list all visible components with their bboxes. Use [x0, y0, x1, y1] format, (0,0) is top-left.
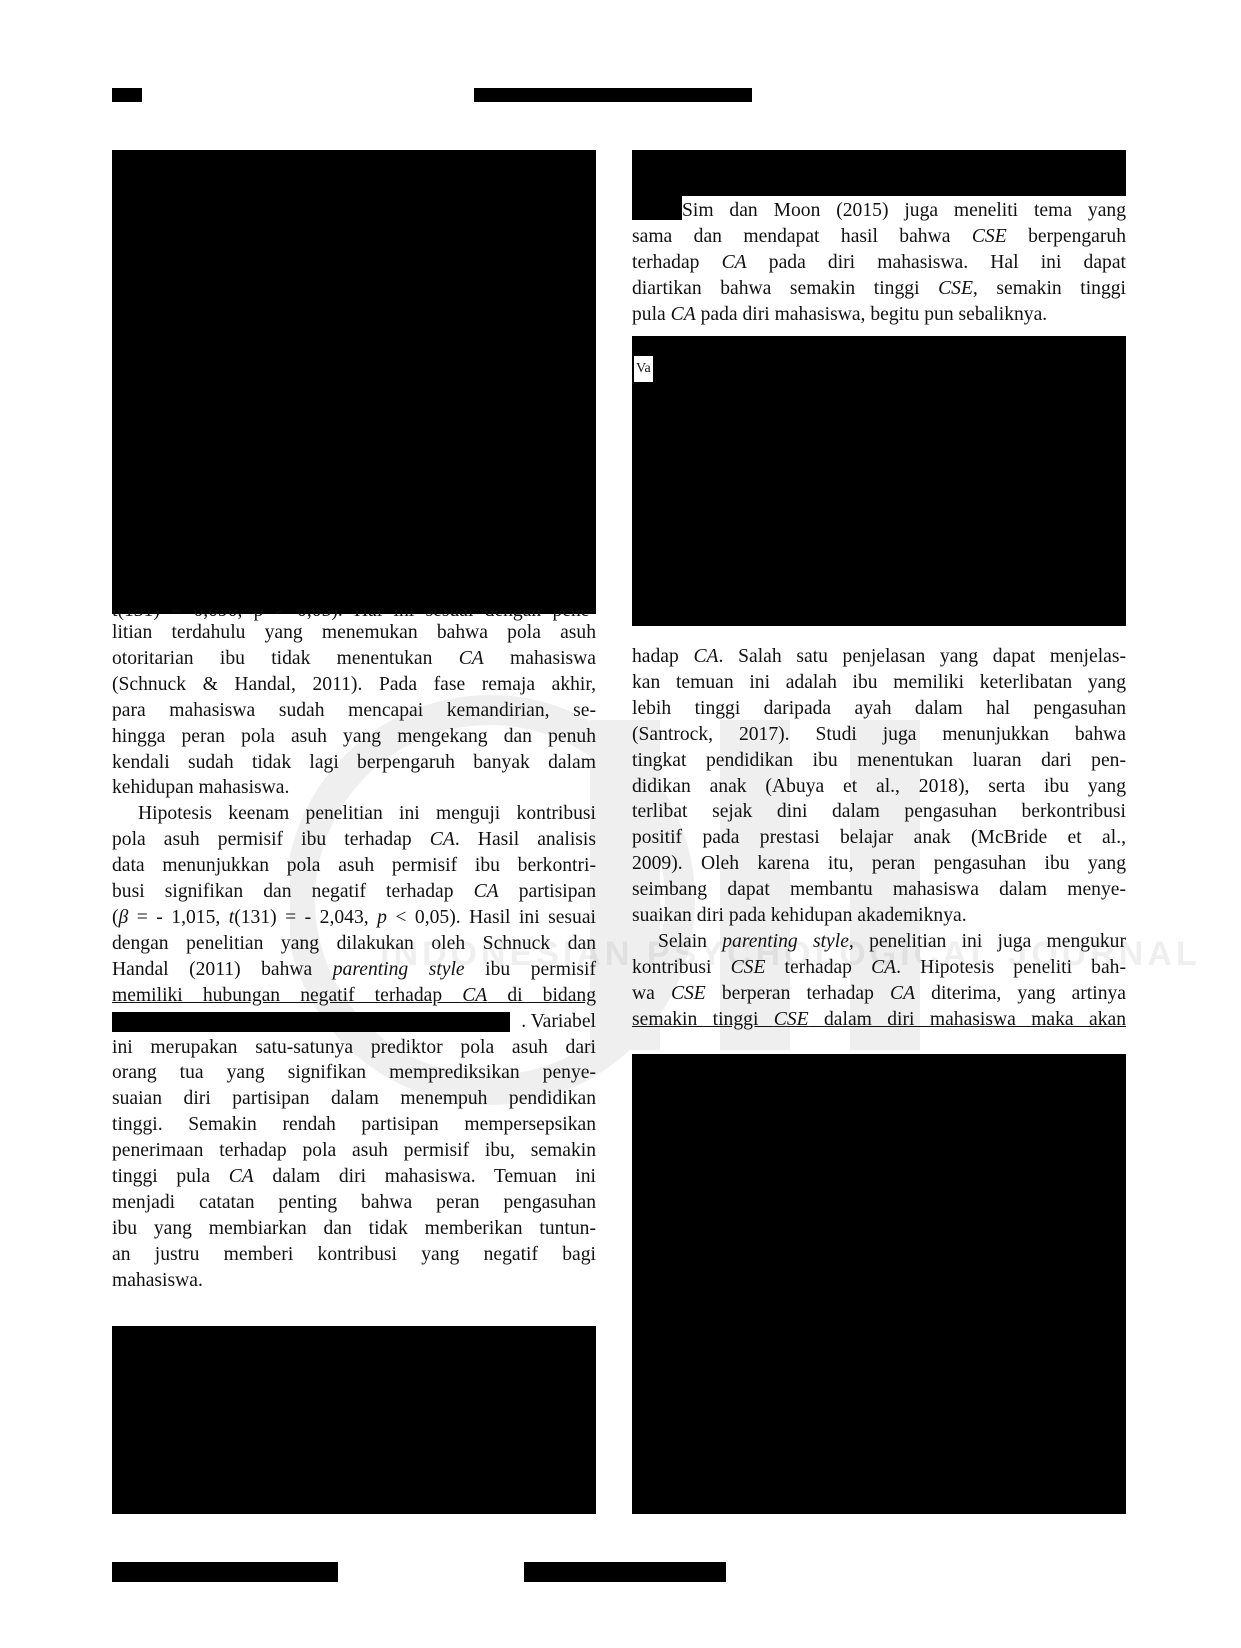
left-column-text: litian terdahulu yang menemukan bahwa po…: [112, 620, 596, 1294]
text-line: an justru memberi kontribusi yang negati…: [112, 1242, 596, 1268]
text-line-partially-redacted: . Variabel: [112, 1009, 596, 1035]
text-line: penerimaan terhadap pola asuh permisif i…: [112, 1138, 596, 1164]
text-line: mahasiswa.: [112, 1268, 596, 1294]
right-column-text-middle: hadap CA. Salah satu penjelasan yang dap…: [632, 644, 1126, 1033]
text-line: Sim dan Moon (2015) juga meneliti tema y…: [632, 198, 1126, 224]
text-line: kendali sudah tidak lagi berpengaruh ban…: [112, 750, 596, 776]
text-line: semakin tinggi CSE dalam diri mahasiswa …: [632, 1007, 1126, 1033]
text-line: 2009). Oleh karena itu, peran pengasuhan…: [632, 851, 1126, 877]
text-line: diartikan bahwa semakin tinggi CSE, sema…: [632, 276, 1126, 302]
text-line: dengan penelitian yang dilakukan oleh Sc…: [112, 931, 596, 957]
text-line: data menunjukkan pola asuh permisif ibu …: [112, 853, 596, 879]
text-line: didikan anak (Abuya et al., 2018), serta…: [632, 774, 1126, 800]
text-line: pola asuh permisif ibu terhadap CA. Hasi…: [112, 827, 596, 853]
text-line: terhadap CA pada diri mahasiswa. Hal ini…: [632, 250, 1126, 276]
redacted-text-block-right-bottom: [632, 1054, 1126, 1514]
redacted-text-block-right-top: [632, 150, 1126, 196]
text-line: kontribusi CSE terhadap CA. Hipotesis pe…: [632, 955, 1126, 981]
text-line: wa CSE berperan terhadap CA diterima, ya…: [632, 981, 1126, 1007]
text-line: tinggi pula CA dalam diri mahasiswa. Tem…: [112, 1164, 596, 1190]
text-line: Selain parenting style, penelitian ini j…: [632, 929, 1126, 955]
running-title-redacted: [474, 88, 752, 102]
inline-redaction: [112, 1012, 510, 1032]
text-line: kehidupan mahasiswa.: [112, 775, 596, 801]
text-line: kan temuan ini adalah ibu memiliki keter…: [632, 670, 1126, 696]
fragment-va: Va: [634, 356, 653, 382]
text-line: busi signifikan dan negatif terhadap CA …: [112, 879, 596, 905]
text-line: litian terdahulu yang menemukan bahwa po…: [112, 620, 596, 646]
text-line: otoritarian ibu tidak menentukan CA maha…: [112, 646, 596, 672]
text-line: tinggi. Semakin rendah partisipan memper…: [112, 1112, 596, 1138]
text-line: positif pada prestasi belajar anak (McBr…: [632, 825, 1126, 851]
text-line: pula CA pada diri mahasiswa, begitu pun …: [632, 302, 1126, 328]
text-line: Handal (2011) bahwa parenting style ibu …: [112, 957, 596, 983]
text-line: suaian diri partisipan dalam menempuh pe…: [112, 1086, 596, 1112]
text-line: terlibat sejak dini dalam pengasuhan ber…: [632, 799, 1126, 825]
text-line: hadap CA. Salah satu penjelasan yang dap…: [632, 644, 1126, 670]
text-line: tingkat pendidikan ibu menentukan luaran…: [632, 748, 1126, 774]
text-line: ini merupakan satu-satunya prediktor pol…: [112, 1035, 596, 1061]
text-line: (Schnuck & Handal, 2011). Pada fase rema…: [112, 672, 596, 698]
text-line: hingga peran pola asuh yang mengekang da…: [112, 724, 596, 750]
text-line: seimbang dapat membantu mahasiswa dalam …: [632, 877, 1126, 903]
right-column-text-top: Sim dan Moon (2015) juga meneliti tema y…: [632, 198, 1126, 328]
text-line: suaikan diri pada kehidupan akademiknya.: [632, 903, 1126, 929]
text-line: (Santrock, 2017). Studi juga menunjukkan…: [632, 722, 1126, 748]
footer-center-redacted: [524, 1562, 726, 1582]
statistics-line: (β = - 1,015, t(131) = - 2,043, p < 0,05…: [112, 905, 596, 931]
paragraph-otoritarian: litian terdahulu yang menemukan bahwa po…: [112, 620, 596, 801]
text-line: Hipotesis keenam penelitian ini menguji …: [112, 801, 596, 827]
text-line: lebih tinggi daripada ayah dalam hal pen…: [632, 696, 1126, 722]
page-number-redacted: [112, 88, 142, 102]
text-line: para mahasiswa sudah mencapai kemandiria…: [112, 698, 596, 724]
footer-left-redacted: [112, 1562, 338, 1582]
redacted-text-block-left-top: [112, 150, 596, 614]
redacted-text-block-left-bottom: [112, 1326, 596, 1514]
text-line: memiliki hubungan negatif terhadap CA di…: [112, 983, 596, 1009]
paragraph-hipotesis-keenam: Hipotesis keenam penelitian ini menguji …: [112, 801, 596, 1293]
text-line: orang tua yang signifikan memprediksikan…: [112, 1060, 596, 1086]
text-line: sama dan mendapat hasil bahwa CSE berpen…: [632, 224, 1126, 250]
text-line: menjadi catatan penting bahwa peran peng…: [112, 1190, 596, 1216]
text-line: ibu yang membiarkan dan tidak memberikan…: [112, 1216, 596, 1242]
redacted-text-block-right-middle: [632, 336, 1126, 626]
